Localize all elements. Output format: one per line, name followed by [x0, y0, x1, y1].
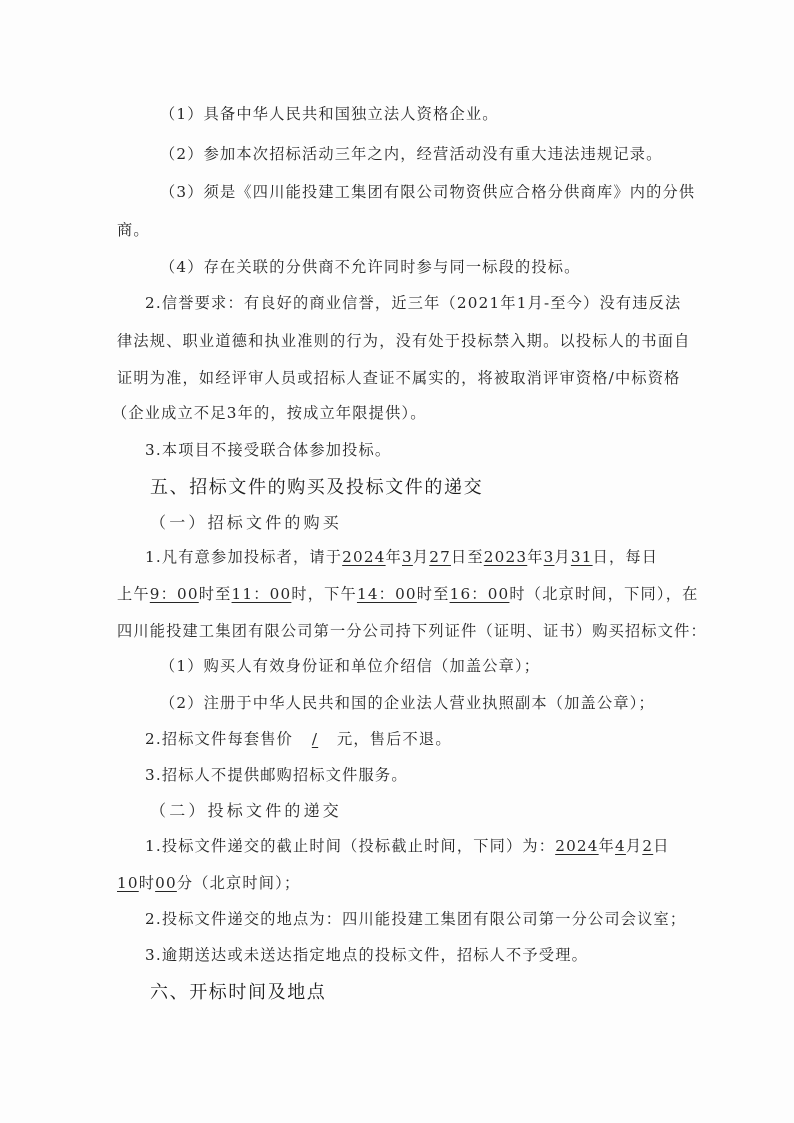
late-submission-note: 3.逾期送达或未送达指定地点的投标文件，招标人不予受理。	[145, 944, 588, 965]
credit-requirement-line-4: （企业成立不足3年的，按成立年限提供）。	[112, 402, 427, 423]
price-prefix: 2.招标文件每套售价	[145, 730, 293, 748]
start-year: 2024	[342, 548, 385, 566]
purchase-period-line-3: 四川能投建工集团有限公司第一分公司持下列证件（证明、证书）购买招标文件：	[117, 620, 707, 641]
am-start-time: 9：00	[150, 585, 199, 603]
year-label: 年	[599, 837, 615, 855]
deadline-month: 4	[615, 837, 626, 855]
deadline-year: 2024	[555, 837, 598, 855]
am-end-time: 11：00	[232, 585, 292, 603]
purchase-period-line-1: 1.凡有意参加投标者，请于2024年3月27日至2023年3月31日，每日	[145, 546, 658, 567]
end-month: 3	[544, 548, 555, 566]
start-month: 3	[402, 548, 413, 566]
purchase-requirement-2: （2）注册于中华人民共和国的企业法人营业执照副本（加盖公章）；	[160, 692, 655, 713]
end-day: 31	[571, 548, 593, 566]
end-year: 2023	[484, 548, 527, 566]
credit-requirement-line-1: 2.信誉要求：有良好的商业信誉，近三年（2021年1月-至今）没有违反法	[145, 292, 681, 313]
deadline-prefix: 1.投标文件递交的截止时间（投标截止时间，下同）为：	[145, 837, 555, 855]
credit-requirement-line-3: 证明为准，如经评审人员或招标人查证不属实的，将被取消评审资格/中标资格	[117, 367, 681, 388]
minute-label: 分（北京时间）；	[177, 874, 301, 892]
section-5-heading: 五、招标文件的购买及投标文件的递交	[150, 473, 483, 499]
month-label: 月	[413, 548, 429, 566]
month-label: 月	[555, 548, 571, 566]
qualification-item-2: （2）参加本次招标活动三年之内，经营活动没有重大违法违规记录。	[160, 143, 663, 164]
submission-deadline-line-1: 1.投标文件递交的截止时间（投标截止时间，下同）为：2024年4月2日	[145, 835, 670, 856]
subsection-2-heading: （二）投标文件的递交	[150, 798, 342, 821]
qualification-item-3-cont: 商。	[117, 219, 150, 240]
day-to-label: 日至	[451, 548, 484, 566]
qualification-item-4: （4）存在关联的分供商不允许同时参与同一标段的投标。	[160, 256, 581, 277]
consortium-note: 3.本项目不接受联合体参加投标。	[145, 439, 391, 460]
timezone-note: 时（北京时间，下同），在	[509, 585, 698, 603]
to-label: 时至	[417, 585, 450, 603]
document-page: （1）具备中华人民共和国独立法人资格企业。 （2）参加本次招标活动三年之内，经营…	[0, 0, 794, 1123]
mail-order-note: 3.招标人不提供邮购招标文件服务。	[145, 764, 408, 785]
month-label: 月	[626, 837, 642, 855]
year-label: 年	[386, 548, 402, 566]
pm-end-time: 16：00	[450, 585, 510, 603]
deadline-hour: 10	[117, 874, 139, 892]
submission-deadline-line-2: 10时00分（北京时间）；	[117, 872, 300, 893]
submission-location: 2.投标文件递交的地点为：四川能投建工集团有限公司第一分公司会议室；	[145, 908, 686, 929]
qualification-item-3: （3）须是《四川能投建工集团有限公司物资供应合格分供商库》内的分供	[160, 181, 695, 202]
qualification-item-1: （1）具备中华人民共和国独立法人资格企业。	[160, 103, 499, 124]
credit-requirement-line-2: 律法规、职业道德和执业准则的行为，没有处于投标禁入期。以投标人的书面自	[117, 330, 691, 351]
purchase-period-line-2: 上午9：00时至11：00时，下午14：00时至16：00时（北京时间，下同），…	[117, 583, 698, 604]
day-label: 日	[653, 837, 669, 855]
section-6-heading: 六、开标时间及地点	[150, 978, 326, 1004]
deadline-minute: 00	[155, 874, 177, 892]
pm-start-time: 14：00	[357, 585, 417, 603]
purchase-prefix: 1.凡有意参加投标者，请于	[145, 548, 342, 566]
purchase-requirement-1: （1）购买人有效身份证和单位介绍信（加盖公章）；	[160, 655, 540, 676]
daily-label: 日，每日	[593, 548, 659, 566]
hour-label: 时	[139, 874, 155, 892]
am-label: 上午	[117, 585, 150, 603]
to-label: 时至	[199, 585, 232, 603]
year-label: 年	[527, 548, 543, 566]
deadline-day: 2	[642, 837, 653, 855]
start-day: 27	[429, 548, 451, 566]
price-value: /	[293, 730, 337, 748]
document-price: 2.招标文件每套售价/元，售后不退。	[145, 728, 452, 749]
pm-label: 时，下午	[291, 585, 357, 603]
price-suffix: 元，售后不退。	[337, 730, 452, 748]
subsection-1-heading: （一）招标文件的购买	[150, 510, 342, 533]
